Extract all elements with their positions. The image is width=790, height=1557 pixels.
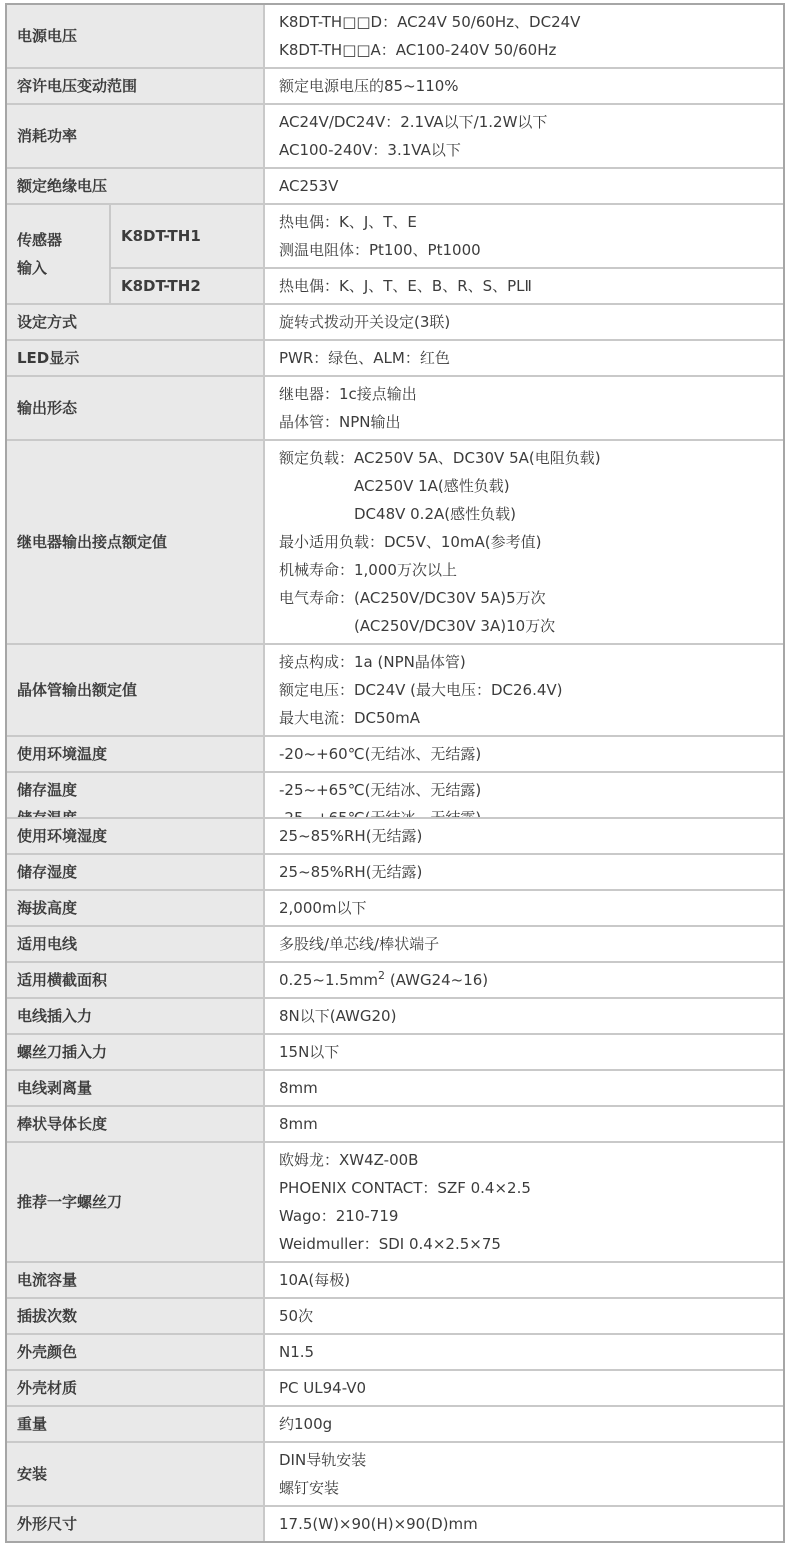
spec-value: 10A(每极) [265, 1263, 783, 1297]
spec-value: 8N以下(AWG20) [265, 999, 783, 1033]
spec-value-line: K8DT-TH□□D：AC24V 50/60Hz、DC24V [279, 8, 773, 36]
spec-value-line: 额定电压：DC24V (最大电压：DC26.4V) [279, 676, 773, 704]
spec-value-line: 旋转式拨动开关设定(3联) [279, 308, 773, 336]
sensor-sub-rows: K8DT-TH1 热电偶：K、J、T、E 测温电阻体：Pt100、Pt1000 … [111, 205, 783, 303]
row-sensor-input: 传感器 输入 K8DT-TH1 热电偶：K、J、T、E 测温电阻体：Pt100、… [7, 205, 783, 305]
spec-value-line: K8DT-TH□□A：AC100-240V 50/60Hz [279, 36, 773, 64]
row-screwdriver-insertion-force: 螺丝刀插入力 15N以下 [7, 1035, 783, 1071]
spec-label: 使用环境温度 [7, 737, 265, 771]
row-output-type: 输出形态 继电器：1c接点输出 晶体管：NPN输出 [7, 377, 783, 441]
spec-label-line: 输入 [17, 254, 99, 282]
spec-label: 传感器 输入 [7, 205, 111, 303]
spec-value: 17.5(W)×90(H)×90(D)mm [265, 1507, 783, 1541]
spec-value: 欧姆龙：XW4Z-00B PHOENIX CONTACT：SZF 0.4×2.5… [265, 1143, 783, 1261]
spec-label: 适用电线 [7, 927, 265, 961]
spec-value-line: Wago：210-719 [279, 1202, 773, 1230]
spec-value: 旋转式拨动开关设定(3联) [265, 305, 783, 339]
spec-value-line: AC253V [279, 172, 773, 200]
spec-label-line: 储存温度 [17, 776, 253, 804]
spec-value: 继电器：1c接点输出 晶体管：NPN输出 [265, 377, 783, 439]
spec-value: PWR：绿色、ALM：红色 [265, 341, 783, 375]
row-power-consumption: 消耗功率 AC24V/DC24V：2.1VA以下/1.2W以下 AC100-24… [7, 105, 783, 169]
spec-value-line: 热电偶：K、J、T、E、B、R、S、PLⅡ [279, 272, 773, 300]
spec-value-line: 约100g [279, 1410, 773, 1438]
spec-value-line: 热电偶：K、J、T、E [279, 208, 773, 236]
spec-value: -20~+60℃(无结冰、无结露) [265, 737, 783, 771]
sensor-sub-row-th1: K8DT-TH1 热电偶：K、J、T、E 测温电阻体：Pt100、Pt1000 [111, 205, 783, 267]
row-case-material: 外壳材质 PC UL94-V0 [7, 1371, 783, 1407]
sensor-sub-row-th2: K8DT-TH2 热电偶：K、J、T、E、B、R、S、PLⅡ [111, 267, 783, 303]
spec-label: 外壳材质 [7, 1371, 265, 1405]
spec-label: 储存温度 储存温度 [7, 773, 265, 817]
spec-value-line: 螺钉安装 [279, 1474, 773, 1502]
spec-label: 输出形态 [7, 377, 265, 439]
row-storage-temperature: 储存温度 储存温度 -25~+65℃(无结冰、无结露) -25~+65℃(无结冰… [7, 773, 783, 819]
spec-label: 消耗功率 [7, 105, 265, 167]
spec-value-line: 15N以下 [279, 1038, 773, 1066]
row-current-capacity: 电流容量 10A(每极) [7, 1263, 783, 1299]
spec-value: 8mm [265, 1107, 783, 1141]
spec-value-line: 最大电流：DC50mA [279, 704, 773, 732]
spec-label: 螺丝刀插入力 [7, 1035, 265, 1069]
spec-value-line: 50次 [279, 1302, 773, 1330]
spec-label: 安装 [7, 1443, 265, 1505]
spec-value-line: -25~+65℃(无结冰、无结露) [279, 776, 773, 804]
row-ambient-operating-temperature: 使用环境温度 -20~+60℃(无结冰、无结露) [7, 737, 783, 773]
spec-value-line: 17.5(W)×90(H)×90(D)mm [279, 1510, 773, 1538]
spec-label: 使用环境湿度 [7, 819, 265, 853]
spec-value: 多股线/单芯线/棒状端子 [265, 927, 783, 961]
spec-value-line: 0.25~1.5mm2 (AWG24~16) [279, 966, 773, 994]
spec-value-line: 2,000m以下 [279, 894, 773, 922]
row-ambient-operating-humidity: 使用环境湿度 25~85%RH(无结露) [7, 819, 783, 855]
spec-value: K8DT-TH□□D：AC24V 50/60Hz、DC24V K8DT-TH□□… [265, 5, 783, 67]
spec-label: 海拔高度 [7, 891, 265, 925]
spec-label: 电源电压 [7, 5, 265, 67]
spec-label-line: 传感器 [17, 226, 99, 254]
spec-label: LED显示 [7, 341, 265, 375]
spec-value: -25~+65℃(无结冰、无结露) -25~+65℃(无结冰、无结露) [265, 773, 783, 817]
spec-value-line: AC24V/DC24V：2.1VA以下/1.2W以下 [279, 108, 773, 136]
spec-label: 继电器输出接点额定值 [7, 441, 265, 643]
spec-label: 容许电压变动范围 [7, 69, 265, 103]
spec-value: 0.25~1.5mm2 (AWG24~16) [265, 963, 783, 997]
spec-label: 电线插入力 [7, 999, 265, 1033]
spec-label: 外壳颜色 [7, 1335, 265, 1369]
row-setting-method: 设定方式 旋转式拨动开关设定(3联) [7, 305, 783, 341]
spec-value-line: AC250V 1A(感性负载) [354, 472, 773, 500]
row-case-color: 外壳颜色 N1.5 [7, 1335, 783, 1371]
spec-value-line: 10A(每极) [279, 1266, 773, 1294]
spec-label: 储存湿度 [7, 855, 265, 889]
spec-label: 重量 [7, 1407, 265, 1441]
spec-value-line: DC48V 0.2A(感性负载) [354, 500, 773, 528]
row-insertion-cycles: 插拔次数 50次 [7, 1299, 783, 1335]
spec-value-line: 8mm [279, 1110, 773, 1138]
spec-label-ghost-line: 储存温度 [17, 804, 253, 817]
spec-value-line: 测温电阻体：Pt100、Pt1000 [279, 236, 773, 264]
spec-value-line: AC100-240V：3.1VA以下 [279, 136, 773, 164]
spec-label: 设定方式 [7, 305, 265, 339]
spec-value-line: DIN导轨安装 [279, 1446, 773, 1474]
spec-value-line: 电气寿命：(AC250V/DC30V 5A)5万次 [279, 584, 773, 612]
spec-label: 晶体管输出额定值 [7, 645, 265, 735]
spec-value-line: 25~85%RH(无结露) [279, 858, 773, 886]
spec-value: 热电偶：K、J、T、E、B、R、S、PLⅡ [265, 269, 783, 303]
spec-value-line: 额定负载：AC250V 5A、DC30V 5A(电阻负载) [279, 444, 773, 472]
spec-value: 15N以下 [265, 1035, 783, 1069]
spec-value: 50次 [265, 1299, 783, 1333]
spec-label: 电线剥离量 [7, 1071, 265, 1105]
spec-value-line: Weidmuller：SDI 0.4×2.5×75 [279, 1230, 773, 1258]
spec-value-line: -20~+60℃(无结冰、无结露) [279, 740, 773, 768]
spec-value-line: 多股线/单芯线/棒状端子 [279, 930, 773, 958]
row-allowable-voltage-range: 容许电压变动范围 额定电源电压的85~110% [7, 69, 783, 105]
row-applicable-cross-section: 适用横截面积 0.25~1.5mm2 (AWG24~16) [7, 963, 783, 999]
row-wire-insertion-force: 电线插入力 8N以下(AWG20) [7, 999, 783, 1035]
row-applicable-wire: 适用电线 多股线/单芯线/棒状端子 [7, 927, 783, 963]
spec-value-line: 接点构成：1a (NPN晶体管) [279, 648, 773, 676]
spec-value: 8mm [265, 1071, 783, 1105]
spec-value-line: 继电器：1c接点输出 [279, 380, 773, 408]
model-label: K8DT-TH2 [111, 269, 265, 303]
spec-value-line: 晶体管：NPN输出 [279, 408, 773, 436]
spec-value-line: PHOENIX CONTACT：SZF 0.4×2.5 [279, 1174, 773, 1202]
spec-value: AC24V/DC24V：2.1VA以下/1.2W以下 AC100-240V：3.… [265, 105, 783, 167]
spec-value: 2,000m以下 [265, 891, 783, 925]
spec-value-line: 25~85%RH(无结露) [279, 822, 773, 850]
model-label: K8DT-TH1 [111, 205, 265, 267]
row-power-voltage: 电源电压 K8DT-TH□□D：AC24V 50/60Hz、DC24V K8DT… [7, 5, 783, 69]
row-relay-output-contact-rating: 继电器输出接点额定值 额定负载：AC250V 5A、DC30V 5A(电阻负载)… [7, 441, 783, 645]
spec-value-line: (AC250V/DC30V 3A)10万次 [354, 612, 773, 640]
spec-value: 25~85%RH(无结露) [265, 819, 783, 853]
spec-label: 外形尺寸 [7, 1507, 265, 1541]
spec-value: N1.5 [265, 1335, 783, 1369]
spec-label: 推荐一字螺丝刀 [7, 1143, 265, 1261]
row-weight: 重量 约100g [7, 1407, 783, 1443]
spec-table: 电源电压 K8DT-TH□□D：AC24V 50/60Hz、DC24V K8DT… [5, 3, 785, 1543]
spec-value-line: 欧姆龙：XW4Z-00B [279, 1146, 773, 1174]
spec-value: 25~85%RH(无结露) [265, 855, 783, 889]
row-led-display: LED显示 PWR：绿色、ALM：红色 [7, 341, 783, 377]
spec-value: 接点构成：1a (NPN晶体管) 额定电压：DC24V (最大电压：DC26.4… [265, 645, 783, 735]
value-text: (AWG24~16) [385, 971, 488, 989]
spec-value-line: PWR：绿色、ALM：红色 [279, 344, 773, 372]
spec-value-line: 额定电源电压的85~110% [279, 72, 773, 100]
spec-value: 热电偶：K、J、T、E 测温电阻体：Pt100、Pt1000 [265, 205, 783, 267]
superscript-2: 2 [378, 969, 385, 982]
spec-value-ghost-line: -25~+65℃(无结冰、无结露) [279, 804, 773, 817]
spec-value-line: 最小适用负载：DC5V、10mA(参考值) [279, 528, 773, 556]
row-rated-insulation-voltage: 额定绝缘电压 AC253V [7, 169, 783, 205]
spec-value-line: 8mm [279, 1074, 773, 1102]
row-transistor-output-rating: 晶体管输出额定值 接点构成：1a (NPN晶体管) 额定电压：DC24V (最大… [7, 645, 783, 737]
row-mounting: 安装 DIN导轨安装 螺钉安装 [7, 1443, 783, 1507]
value-text: 0.25~1.5mm [279, 971, 378, 989]
spec-value-line: N1.5 [279, 1338, 773, 1366]
spec-value-line: 机械寿命：1,000万次以上 [279, 556, 773, 584]
spec-label: 额定绝缘电压 [7, 169, 265, 203]
spec-label: 适用横截面积 [7, 963, 265, 997]
spec-value: 额定电源电压的85~110% [265, 69, 783, 103]
row-recommended-flat-screwdriver: 推荐一字螺丝刀 欧姆龙：XW4Z-00B PHOENIX CONTACT：SZF… [7, 1143, 783, 1263]
spec-label: 电流容量 [7, 1263, 265, 1297]
spec-label: 棒状导体长度 [7, 1107, 265, 1141]
row-dimensions: 外形尺寸 17.5(W)×90(H)×90(D)mm [7, 1507, 783, 1541]
spec-value-line: PC UL94-V0 [279, 1374, 773, 1402]
spec-value: 额定负载：AC250V 5A、DC30V 5A(电阻负载) AC250V 1A(… [265, 441, 783, 643]
spec-value: DIN导轨安装 螺钉安装 [265, 1443, 783, 1505]
spec-value: 约100g [265, 1407, 783, 1441]
row-storage-humidity: 储存湿度 25~85%RH(无结露) [7, 855, 783, 891]
row-ferrule-conductor-length: 棒状导体长度 8mm [7, 1107, 783, 1143]
row-wire-strip-length: 电线剥离量 8mm [7, 1071, 783, 1107]
spec-value: PC UL94-V0 [265, 1371, 783, 1405]
row-altitude: 海拔高度 2,000m以下 [7, 891, 783, 927]
spec-value: AC253V [265, 169, 783, 203]
spec-label: 插拔次数 [7, 1299, 265, 1333]
spec-value-line: 8N以下(AWG20) [279, 1002, 773, 1030]
